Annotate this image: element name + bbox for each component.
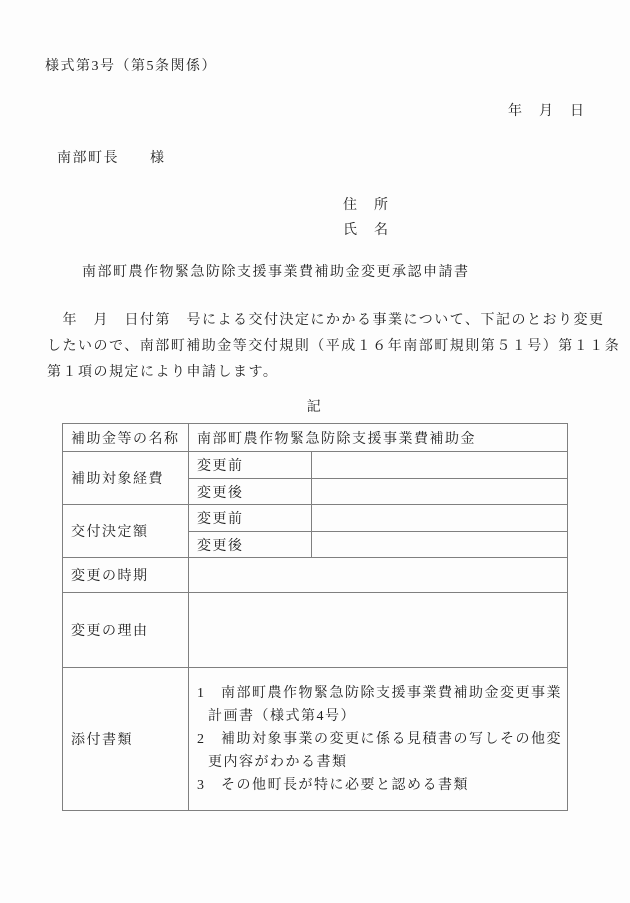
attachments-list: 1 南部町農作物緊急防除支援事業費補助金変更事業 計画書（様式第4号） 2 補助… <box>189 668 568 811</box>
expense-before-value <box>312 452 568 479</box>
body-line: 年 月 日付第 号による交付決定にかかる事業について、下記のとおり変更 <box>47 308 592 334</box>
table-row-change-reason: 変更の理由 <box>63 593 568 668</box>
target-expense-label: 補助対象経費 <box>63 452 189 505</box>
form-number: 様式第3号（第5条関係） <box>45 55 217 75</box>
document-page: 様式第3号（第5条関係） 年 月 日 南部町長 様 住 所 氏 名 南部町農作物… <box>0 0 630 903</box>
addressee-line: 南部町長 様 <box>57 147 166 167</box>
attachment-line: 1 南部町農作物緊急防除支援事業費補助金変更事業 <box>197 682 565 705</box>
attachments-label: 添付書類 <box>63 668 189 811</box>
grant-amount-label: 交付決定額 <box>63 505 189 558</box>
body-line: したいので、南部町補助金等交付規則（平成１６年南部町規則第５１号）第１１条 <box>47 334 592 360</box>
applicant-name-label: 氏 名 <box>343 219 390 239</box>
expense-after-value <box>312 479 568 505</box>
subsidy-name-label: 補助金等の名称 <box>63 424 189 452</box>
date-line: 年 月 日 <box>508 100 586 120</box>
change-time-value <box>189 558 568 593</box>
change-reason-label: 変更の理由 <box>63 593 189 668</box>
change-reason-value <box>189 593 568 668</box>
grant-after-value <box>312 532 568 558</box>
applicant-address-label: 住 所 <box>343 194 390 214</box>
subsidy-name-value: 南部町農作物緊急防除支援事業費補助金 <box>189 424 568 452</box>
expense-before-label: 変更前 <box>189 452 312 479</box>
attachment-line: 計画書（様式第4号） <box>208 705 565 728</box>
grant-before-value <box>312 505 568 532</box>
table-row-change-time: 変更の時期 <box>63 558 568 593</box>
table-row-subsidy-name: 補助金等の名称 南部町農作物緊急防除支援事業費補助金 <box>63 424 568 452</box>
table-row-attachments: 添付書類 1 南部町農作物緊急防除支援事業費補助金変更事業 計画書（様式第4号）… <box>63 668 568 811</box>
attachment-line: 2 補助対象事業の変更に係る見積書の写しその他変 <box>197 728 565 751</box>
application-table: 補助金等の名称 南部町農作物緊急防除支援事業費補助金 補助対象経費 変更前 変更… <box>62 423 568 811</box>
expense-after-label: 変更後 <box>189 479 312 505</box>
change-time-label: 変更の時期 <box>63 558 189 593</box>
grant-before-label: 変更前 <box>189 505 312 532</box>
attachment-line: 3 その他町長が特に必要と認める書類 <box>197 774 565 797</box>
attachment-line: 更内容がわかる書類 <box>208 751 565 774</box>
table-row-expense-before: 補助対象経費 変更前 <box>63 452 568 479</box>
document-title: 南部町農作物緊急防除支援事業費補助金変更承認申請書 <box>82 261 470 281</box>
table-row-grant-before: 交付決定額 変更前 <box>63 505 568 532</box>
ki-mark: 記 <box>62 396 567 416</box>
body-paragraph: 年 月 日付第 号による交付決定にかかる事業について、下記のとおり変更 したいの… <box>47 308 592 386</box>
grant-after-label: 変更後 <box>189 532 312 558</box>
body-line: 第１項の規定により申請します。 <box>47 360 592 386</box>
